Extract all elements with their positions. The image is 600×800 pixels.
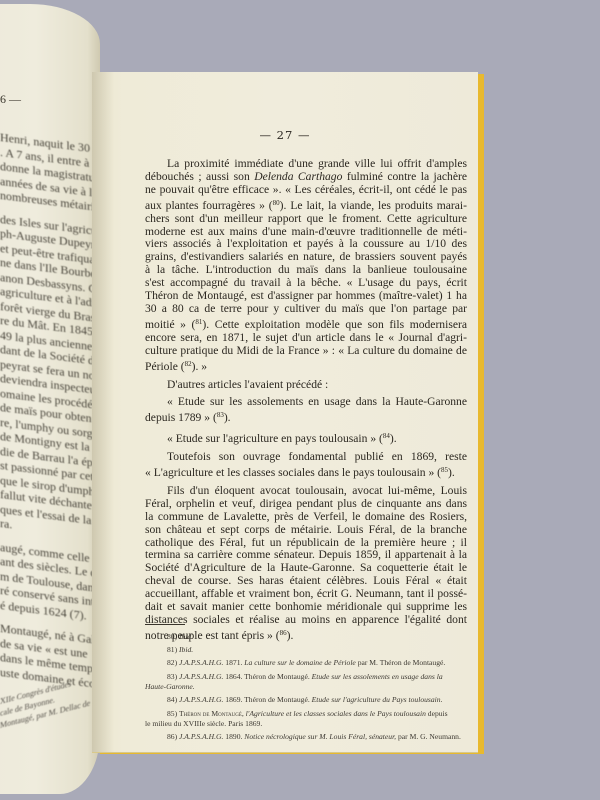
text-line: « L'agriculture et les classes sociales …	[145, 464, 467, 480]
footnotes: 80) Ibid.81) Ibid.82) J.A.P.S.A.H.G. 187…	[145, 632, 467, 746]
page-number: — 27 —	[92, 128, 478, 142]
paragraph-p1: La proximité immédiate d'une grande vill…	[145, 158, 467, 374]
text-line: D'autres articles l'avaient précédé :	[145, 379, 467, 392]
text-line: Toutefois son ouvrage fondamental publié…	[145, 451, 467, 464]
text-line: culture pratique du Midi de la France » …	[145, 345, 467, 358]
text-line: son château et sept corps de métairie. L…	[145, 524, 467, 537]
text-line: aux plantes fourragères » (80). Le lait,…	[145, 197, 467, 213]
text-line: « Etude sur l'agriculture en pays toulou…	[145, 430, 467, 446]
text-line: « Etude sur les assolements en usage dan…	[145, 396, 467, 409]
footnote-83: 83) J.A.P.S.A.H.G. 1864. Théron de Monta…	[145, 672, 467, 683]
footnote-86: 86) J.A.P.S.A.H.G. 1890. Notice nécrolog…	[145, 732, 467, 743]
paragraph-p4: « Etude sur l'agriculture en pays toulou…	[145, 430, 467, 446]
text-line: Féral, orphelin et veuf, dirigea pendant…	[145, 498, 467, 511]
text-line: moitié » (81). Cette exploitation modèle…	[145, 316, 467, 332]
text-line: Périole (82). »	[145, 358, 467, 374]
text-line: chers sont d'un meilleur rapport que le …	[145, 213, 467, 226]
left-page-text: Henri, naquit le 30 n. A 7 ans, il entre…	[0, 130, 100, 694]
text-line: ne pouvait qu'être efficace ». « Les cér…	[145, 184, 467, 197]
text-line: depuis 1789 » (83).	[145, 409, 467, 425]
footnote-continuation: Haute-Garonne.	[145, 682, 467, 693]
spine-shadow	[92, 72, 114, 752]
footnote-81: 81) Ibid.	[145, 645, 467, 656]
text-line: la commune de Lavalette, près de Verfeil…	[145, 511, 467, 524]
footnote-84: 84) J.A.P.S.A.H.G. 1869. Théron de Monta…	[145, 695, 467, 706]
paragraph-p5: Toutefois son ouvrage fondamental publié…	[145, 451, 467, 480]
text-line: encore sera, en 1871, le sujet d'un arti…	[145, 332, 467, 345]
text-line: débouchés ; aussi son Delenda Carthago f…	[145, 171, 467, 184]
paragraph-p2: D'autres articles l'avaient précédé :	[145, 379, 467, 392]
text-line: Fils d'un éloquent avocat toulousain, av…	[145, 485, 467, 498]
left-page-number: 6 —	[0, 92, 21, 107]
body-text: La proximité immédiate d'une grande vill…	[145, 158, 467, 643]
left-page: 6 — Henri, naquit le 30 n. A 7 ans, il e…	[0, 4, 100, 794]
footnote-continuation: le milieu du XVIIIe siècle. Paris 1869.	[145, 719, 467, 730]
footnote-82: 82) J.A.P.S.A.H.G. 1871. La culture sur …	[145, 658, 467, 669]
paragraph-p3: « Etude sur les assolements en usage dan…	[145, 396, 467, 425]
paragraph-p6: Fils d'un éloquent avocat toulousain, av…	[145, 485, 467, 643]
right-page: — 27 — La proximité immédiate d'une gran…	[92, 72, 478, 752]
footnote-85: 85) Théron de Montaugé, l'Agriculture et…	[145, 709, 467, 720]
footnote-80: 80) Ibid.	[145, 632, 467, 643]
text-line: 30 a 80 ca de terre pour y cultiver du m…	[145, 303, 467, 316]
text-line: distances sociales et réalise au moins e…	[145, 614, 467, 627]
footnote-separator	[145, 624, 185, 625]
